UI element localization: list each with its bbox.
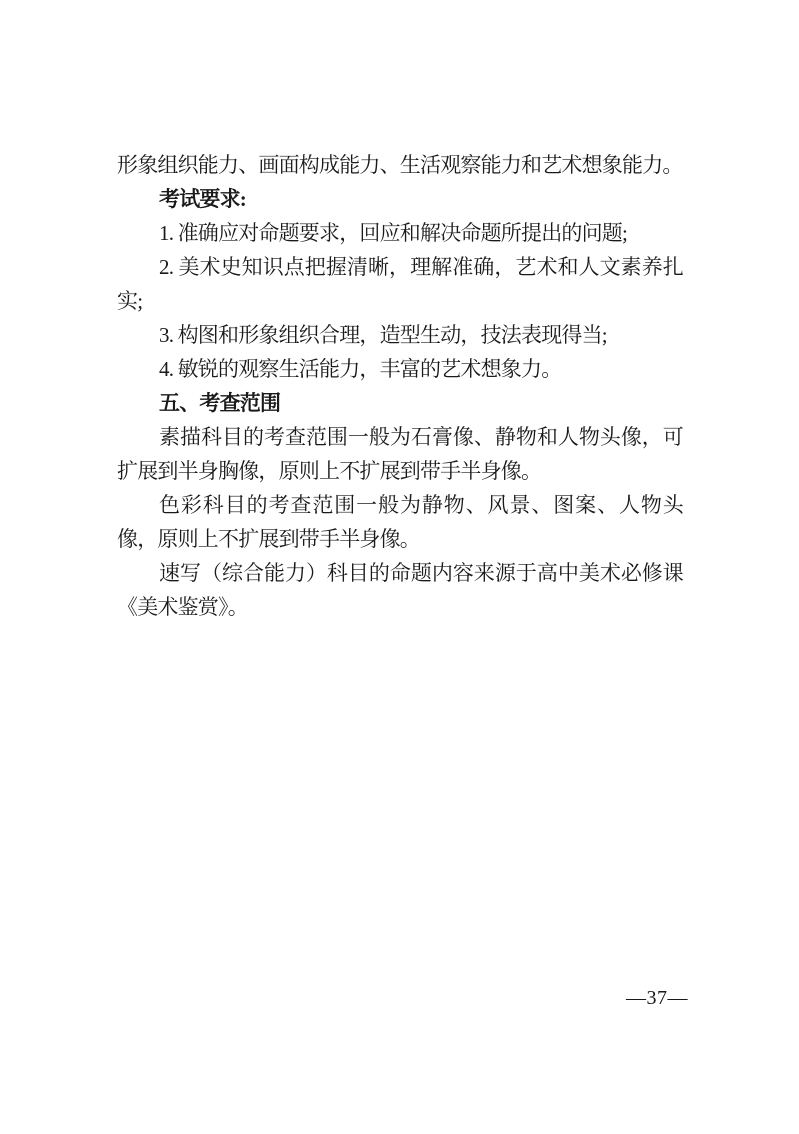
body-paragraph-item-4: 4. 敏锐的观察生活能力，丰富的艺术想象力。 <box>117 352 683 386</box>
body-paragraph: 形象组织能力、画面构成能力、生活观察能力和艺术想象能力。 <box>117 148 683 182</box>
body-paragraph-item-3: 3. 构图和形象组织合理，造型生动，技法表现得当; <box>117 318 683 352</box>
body-paragraph-quicksketch-scope: 速写（综合能力）科目的命题内容来源于高中美术必修课《美术鉴赏》。 <box>117 556 683 624</box>
section-heading-exam-requirements: 考试要求: <box>117 182 683 216</box>
body-paragraph-color-scope: 色彩科目的考查范围一般为静物、风景、图案、人物头像，原则上不扩展到带手半身像。 <box>117 488 683 556</box>
body-paragraph-item-1: 1. 准确应对命题要求，回应和解决命题所提出的问题; <box>117 216 683 250</box>
page-number: —37— <box>614 986 700 1010</box>
body-paragraph-sketch-scope: 素描科目的考查范围一般为石膏像、静物和人物头像，可扩展到半身胸像，原则上不扩展到… <box>117 420 683 488</box>
document-body: 形象组织能力、画面构成能力、生活观察能力和艺术想象能力。 考试要求: 1. 准确… <box>117 148 683 624</box>
body-paragraph-item-2: 2. 美术史知识点把握清晰，理解准确，艺术和人文素养扎实; <box>117 250 683 318</box>
document-page: 形象组织能力、画面构成能力、生活观察能力和艺术想象能力。 考试要求: 1. 准确… <box>0 0 799 1134</box>
section-heading-exam-scope: 五、考查范围 <box>117 386 683 420</box>
